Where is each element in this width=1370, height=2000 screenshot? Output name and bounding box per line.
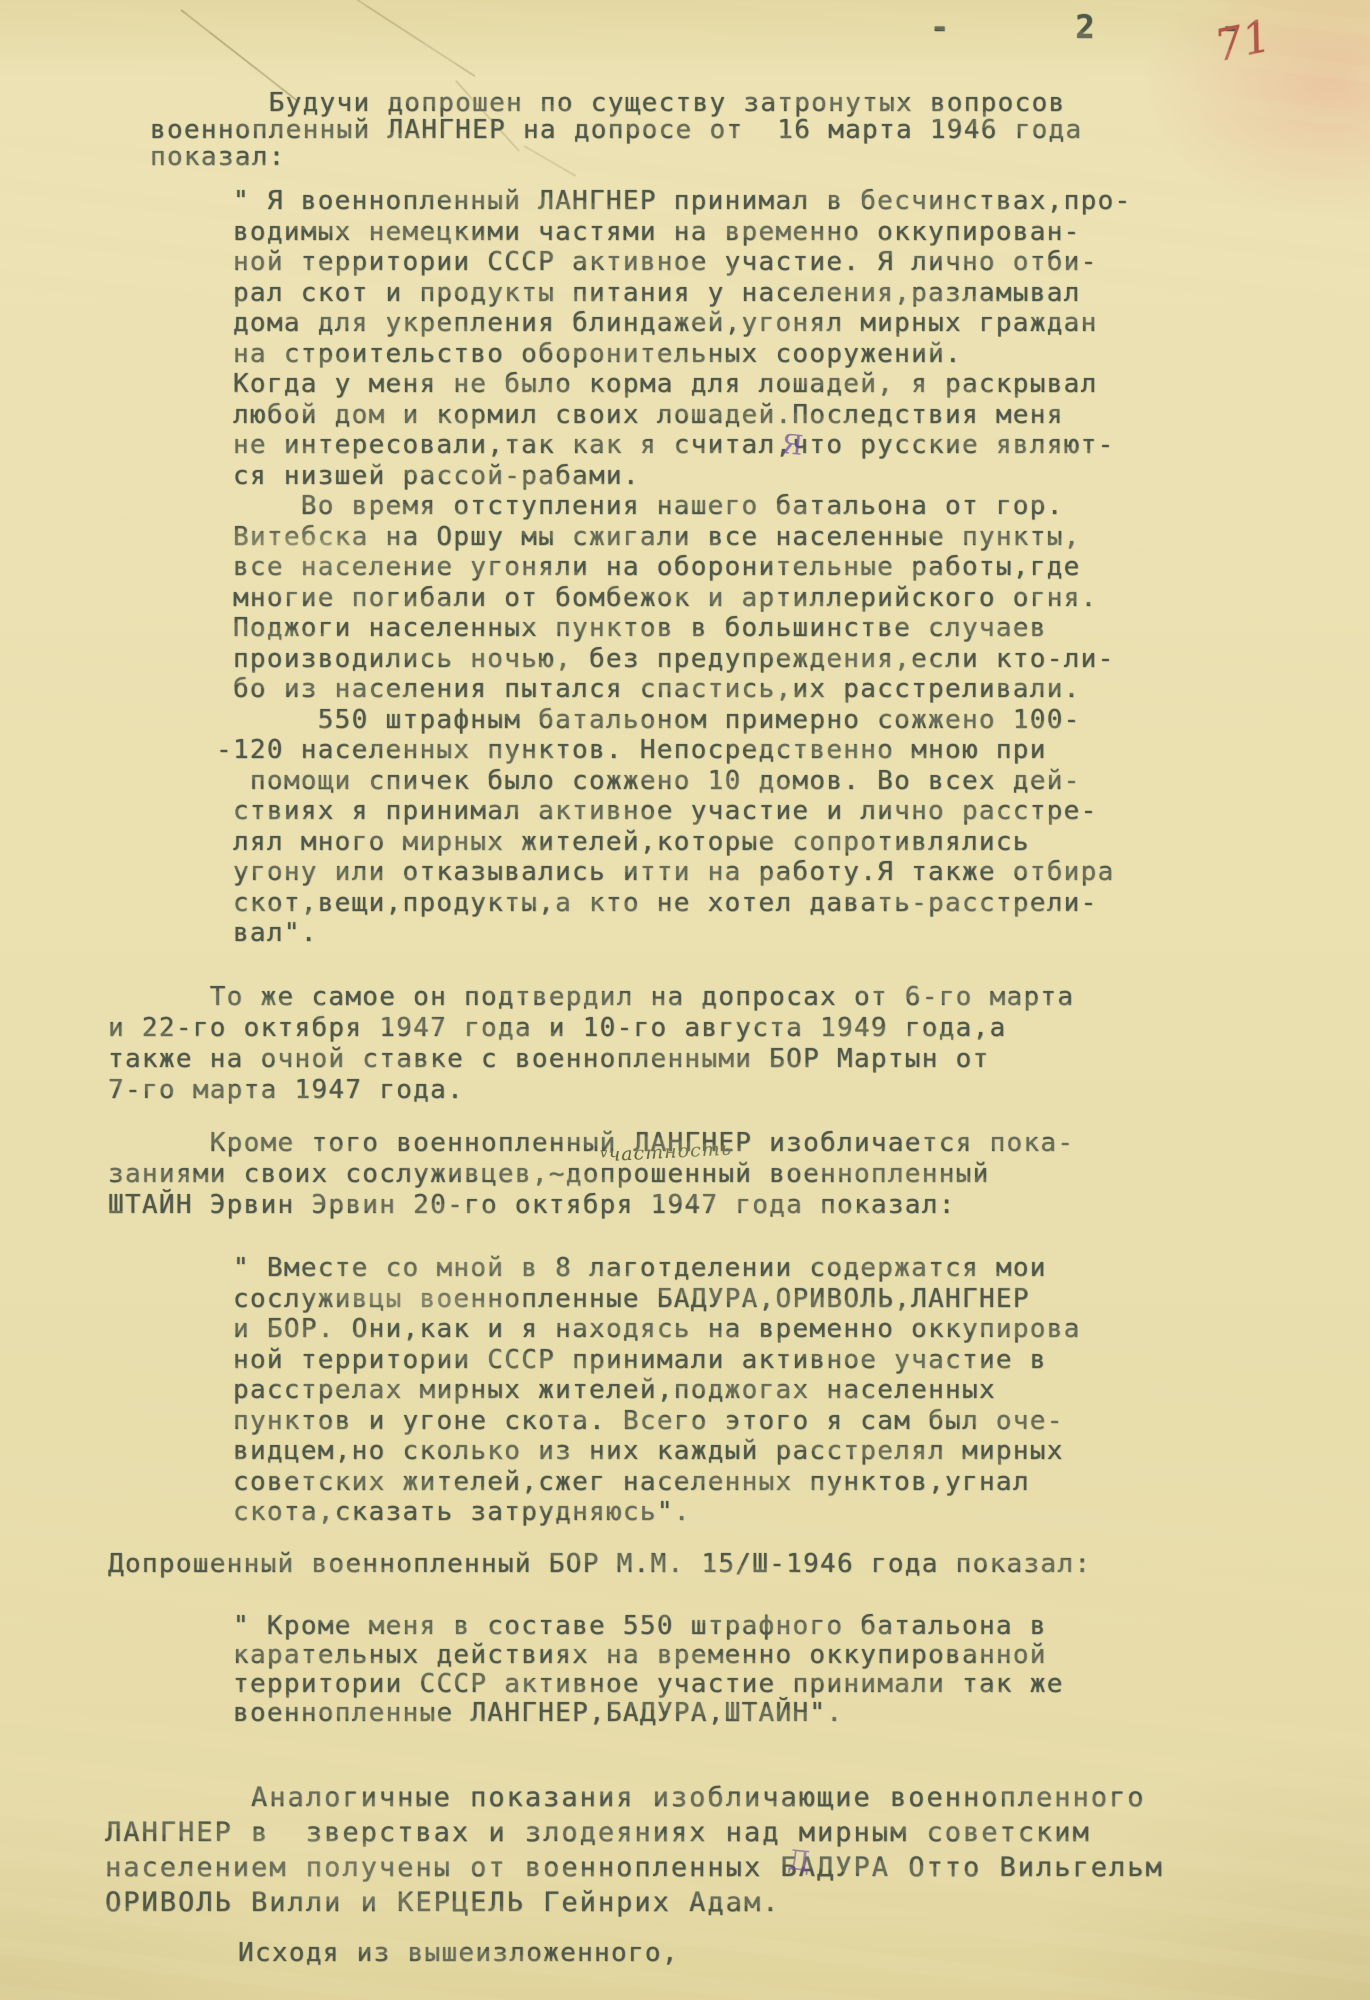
- pencil-mark: Д: [786, 1845, 811, 1878]
- witness-quote-shtain: " Вместе со мной в 8 лаготделении содерж…: [233, 1253, 1081, 1528]
- paragraph-bor-interrogation: Допрошенный военнопленный БОР М.М. 15/Ш-…: [108, 1549, 1091, 1580]
- pencil-mark: Я: [779, 429, 804, 462]
- document-page: - 2 - 71 Будучи допрошен по существу зат…: [0, 0, 1370, 2000]
- witness-quote-bor: " Кроме меня в составе 550 штрафного бат…: [233, 1612, 1064, 1728]
- paragraph-analogous-testimonies: Аналогичные показания изобличающие военн…: [105, 1780, 1164, 1920]
- paragraph-closing: Исходя из вышеизложенного,: [238, 1938, 679, 1969]
- witness-quote-langner: " Я военнопленный ЛАНГНЕР принимал в бес…: [216, 186, 1131, 949]
- scratch-mark: [319, 0, 475, 77]
- page-number: - 2 -: [930, 12, 1241, 43]
- handwritten-folio-number: 71: [1210, 11, 1275, 73]
- paragraph-krome-togo: Кроме того военнопленный ЛАНГНЕР изоблич…: [108, 1128, 1074, 1221]
- paragraph-confirmation: То же самое он подтвердил на допросах от…: [108, 982, 1074, 1106]
- paragraph-intro: Будучи допрошен по существу затронутых в…: [150, 90, 1082, 171]
